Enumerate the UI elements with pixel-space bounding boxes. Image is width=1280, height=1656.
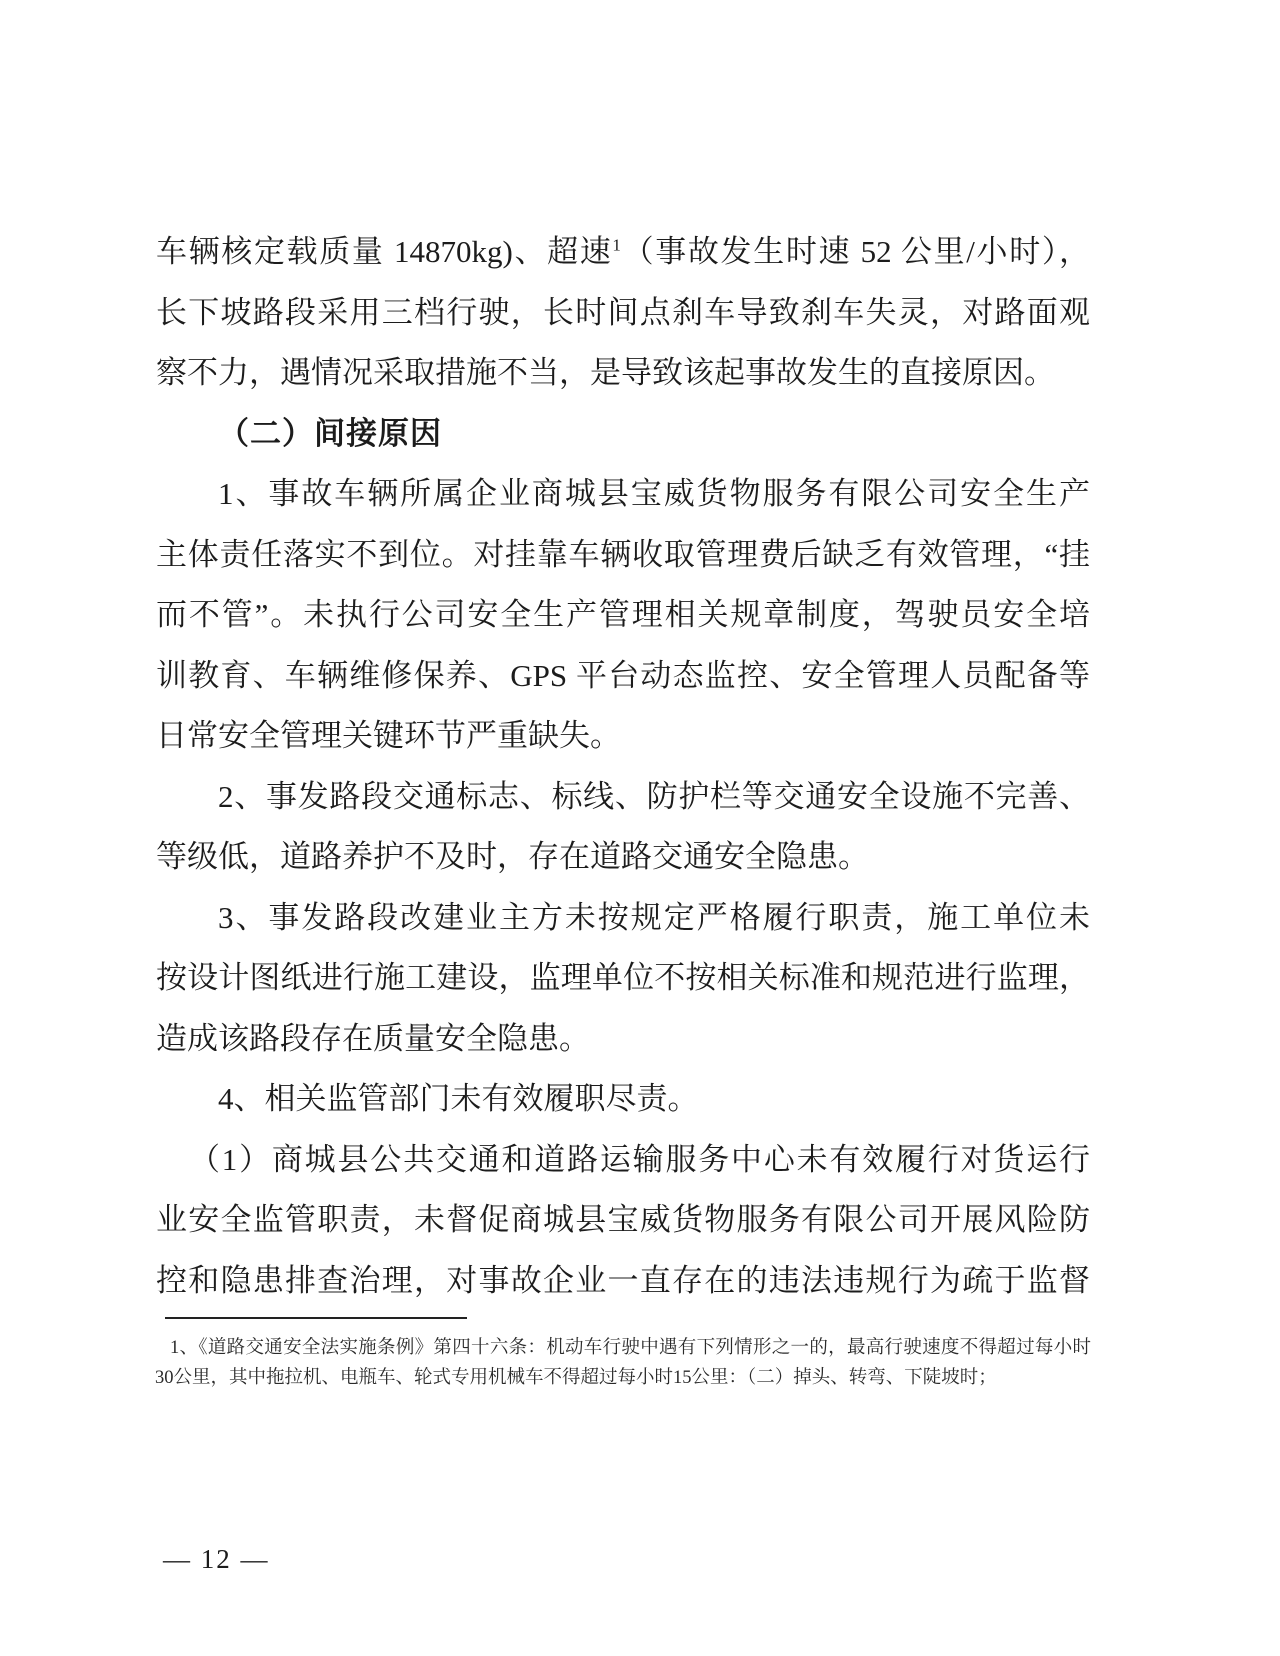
body-line: 车辆核定载质量 14870kg)、超速1（事故发生时速 52 公里/小时）， [156,222,1090,283]
body-line: 训教育、车辆维修保养、GPS 平台动态监控、安全管理人员配备等 [156,646,1090,707]
footnote-separator [165,1317,467,1319]
body-line: 日常安全管理关键环节严重缺失。 [156,706,1090,767]
body-line: 察不力，遇情况采取措施不当，是导致该起事故发生的直接原因。 [156,343,1090,404]
body-line: 等级低，道路养护不及时，存在道路交通安全隐患。 [156,827,1090,888]
body-line: 3、事发路段改建业主方未按规定严格履行职责，施工单位未 [156,888,1090,949]
report-body: 车辆核定载质量 14870kg)、超速1（事故发生时速 52 公里/小时）， 长… [156,222,1090,1311]
body-line: 按设计图纸进行施工建设，监理单位不按相关标准和规范进行监理， [156,948,1090,1009]
body-line: 造成该路段存在质量安全隐患。 [156,1009,1090,1070]
body-text-segment: 车辆核定载质量 14870kg)、超速 [156,234,612,269]
footnote-line: 30公里，其中拖拉机、电瓶车、轮式专用机械车不得超过每小时15公里：（二）掉头、… [155,1363,1091,1393]
body-line: 长下坡路段采用三档行驶，长时间点刹车导致刹车失灵，对路面观 [156,283,1090,344]
body-line: （1）商城县公共交通和道路运输服务中心未有效履行对货运行 [156,1130,1090,1191]
body-line: 而不管”。未执行公司安全生产管理相关规章制度，驾驶员安全培 [156,585,1090,646]
footnote-ref-1: 1 [612,236,621,255]
footnote-block: 1、《道路交通安全法实施条例》第四十六条：机动车行驶中遇有下列情形之一的，最高行… [155,1333,1091,1393]
page-number: — 12 — [163,1544,270,1575]
footnote-line: 1、《道路交通安全法实施条例》第四十六条：机动车行驶中遇有下列情形之一的，最高行… [155,1333,1091,1363]
body-line: 主体责任落实不到位。对挂靠车辆收取管理费后缺乏有效管理，“挂 [156,525,1090,586]
body-line: 业安全监管职责，未督促商城县宝威货物服务有限公司开展风险防 [156,1190,1090,1251]
body-line: 4、相关监管部门未有效履职尽责。 [156,1069,1090,1130]
body-line: 控和隐患排查治理，对事故企业一直存在的违法违规行为疏于监督 [156,1251,1090,1312]
body-text-segment: （事故发生时速 52 公里/小时）， [621,234,1090,269]
body-line: 1、事故车辆所属企业商城县宝威货物服务有限公司安全生产 [156,464,1090,525]
body-line: 2、事发路段交通标志、标线、防护栏等交通安全设施不完善、 [156,767,1090,828]
document-page: 车辆核定载质量 14870kg)、超速1（事故发生时速 52 公里/小时）， 长… [0,0,1280,1656]
section-heading: （二）间接原因 [156,404,1090,465]
